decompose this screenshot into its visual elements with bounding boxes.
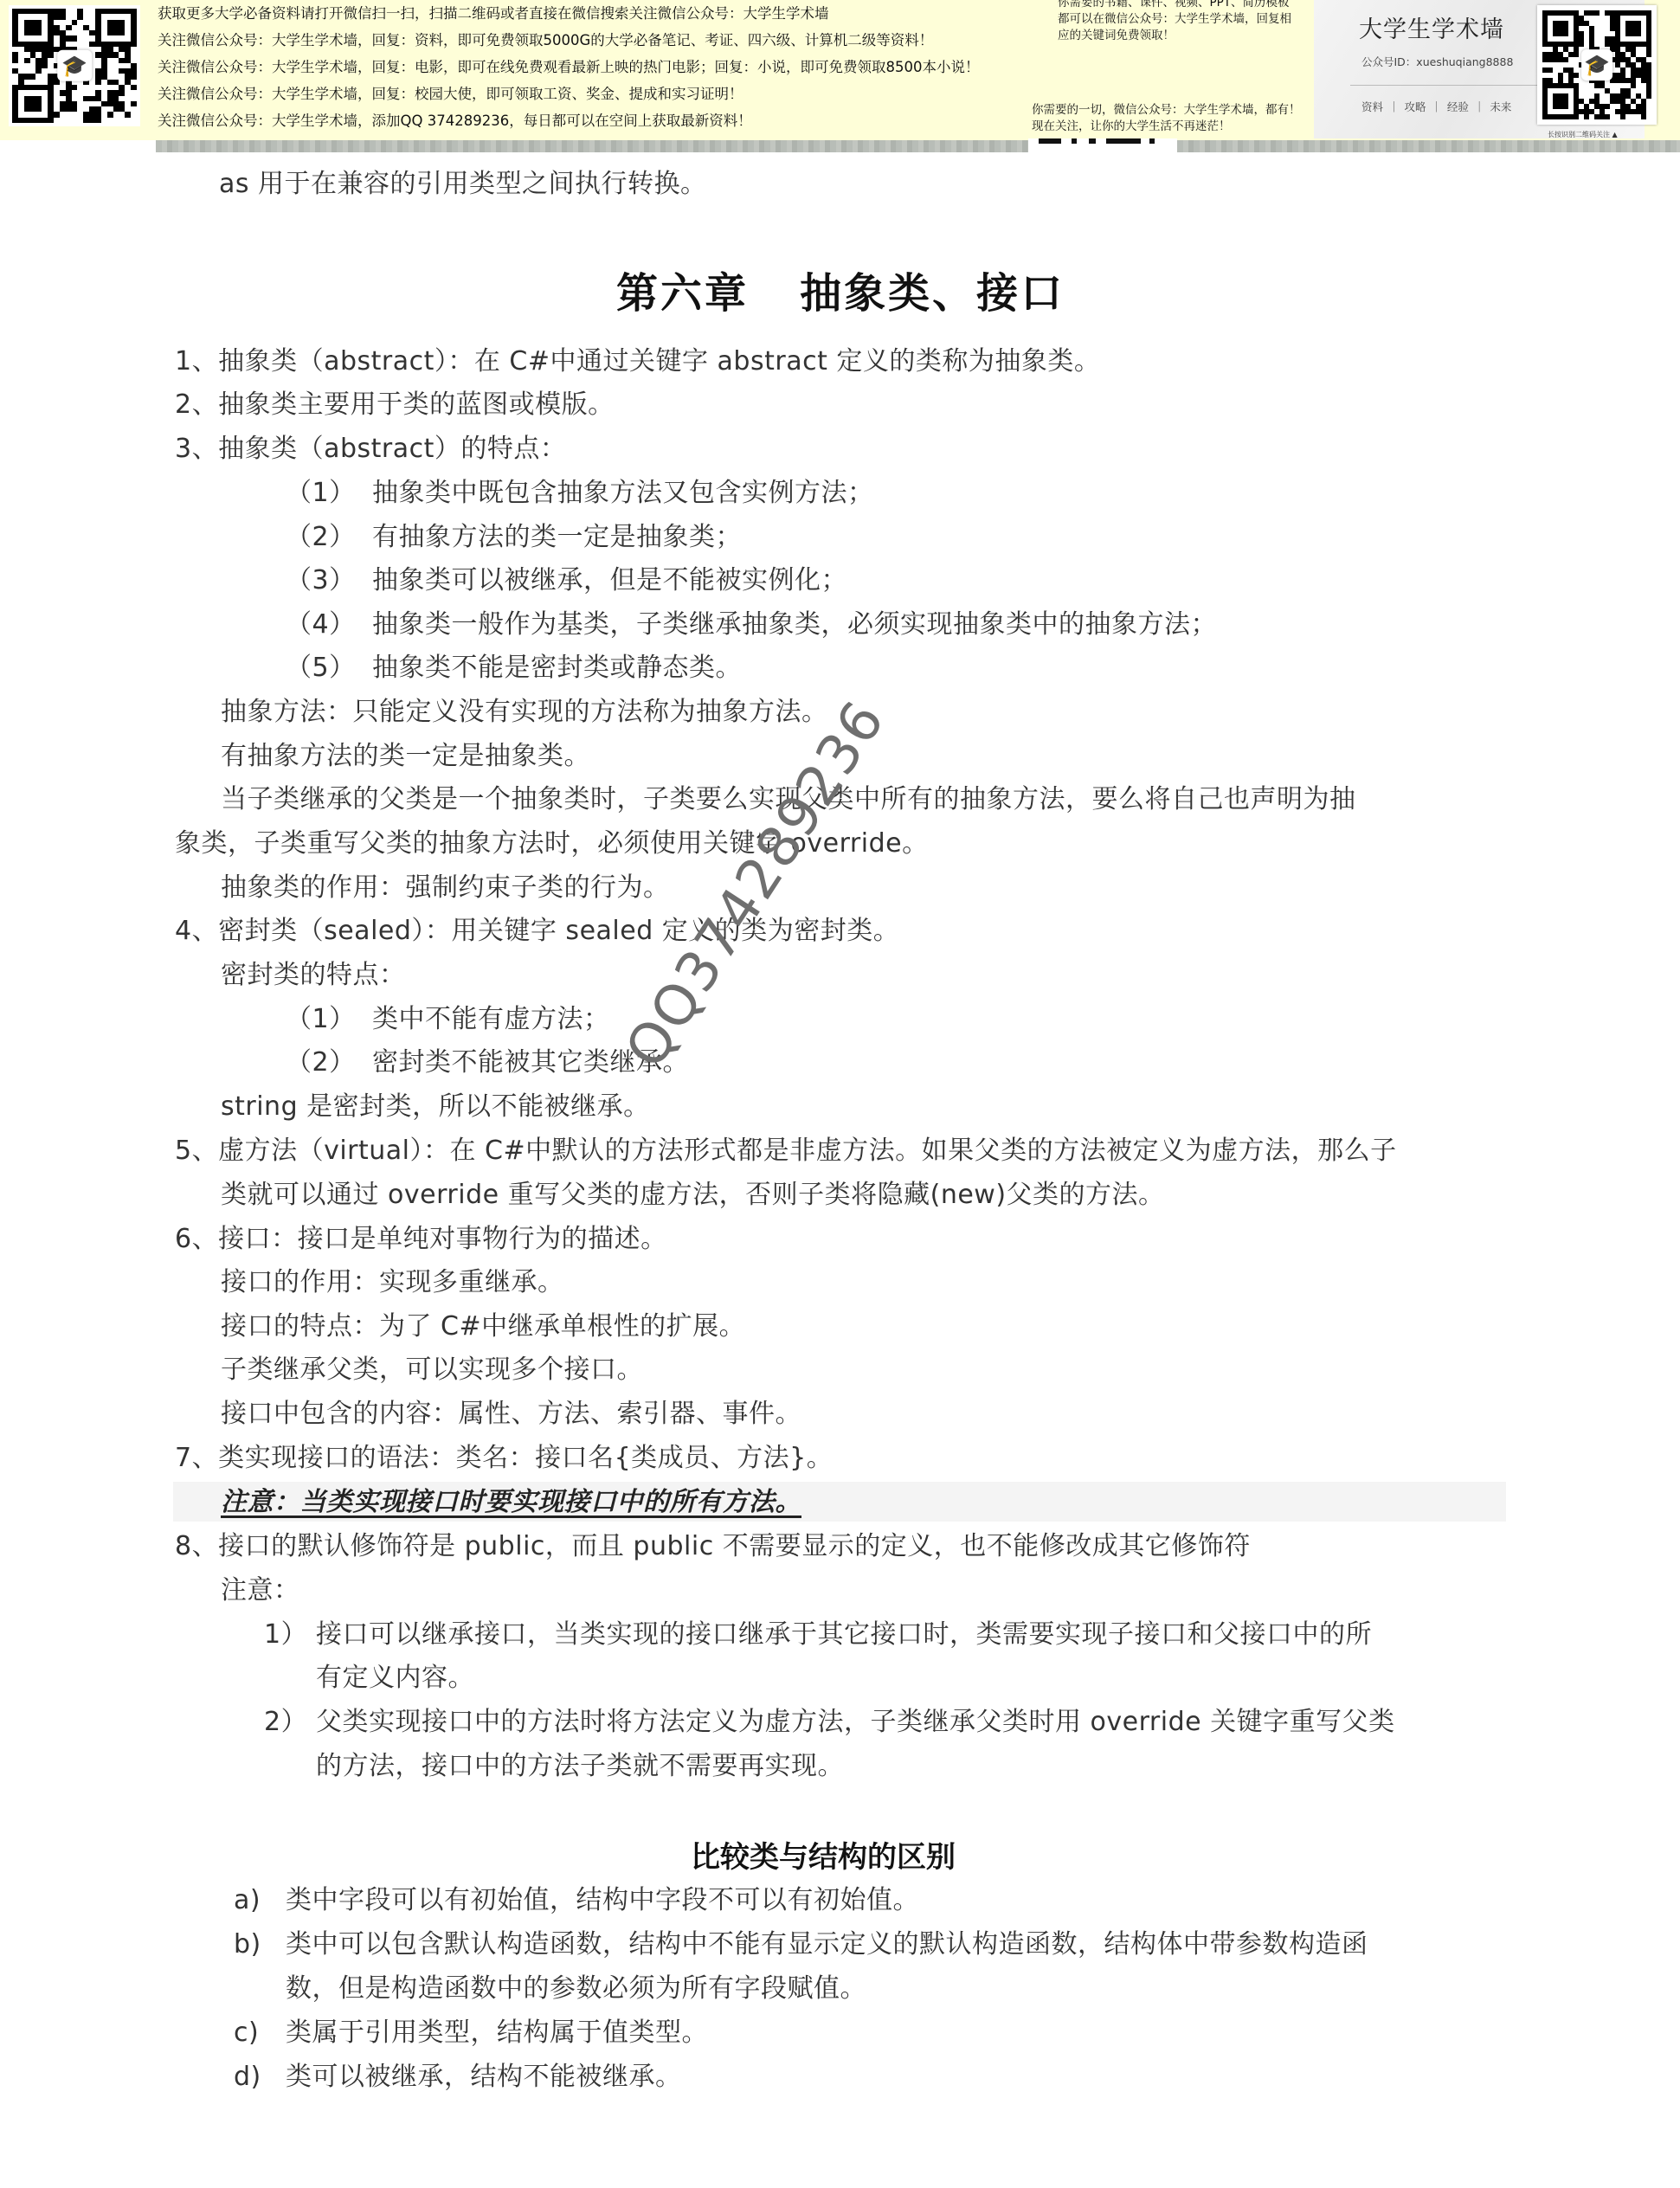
item-text: 接口：接口是单纯对事物行为的描述。 [218, 1224, 667, 1254]
item-number: 3、 [175, 427, 218, 465]
brand-id: 公众号ID：xueshuqiang8888 [1361, 54, 1513, 69]
ad-line: 获取更多大学必备资料请打开微信扫一扫，扫描二维码或者直接在微信搜索关注微信公众号… [158, 0, 1058, 27]
ad-promo-top: 你需要的书籍、课件、视频、PPT、简历模板 都可以在微信公众号：大学生学术墙，回… [1058, 0, 1317, 44]
paragraph: 抽象方法：只能定义没有实现的方法称为抽象方法。 [221, 690, 828, 728]
ad-line: 关注微信公众号：大学生学术墙，添加QQ 374289236，每日都可以在空间上获… [158, 107, 1058, 134]
decor-strip [156, 140, 1028, 152]
note-item: 2）父类实现接口中的方法时将方法定义为虚方法，子类继承父类时用 override… [264, 1700, 1395, 1738]
intro-line: as 用于在兼容的引用类型之间执行转换。 [219, 162, 707, 200]
promo-line: 都可以在微信公众号：大学生学术墙，回复相 [1058, 11, 1317, 28]
promo-line: 你需要的一切，微信公众号：大学生学术墙，都有！ [1032, 102, 1326, 119]
item-number: 4、 [175, 909, 218, 947]
compare-item: c)类属于引用类型，结构属于值类型。 [234, 2011, 708, 2049]
paragraph: 类就可以通过 override 重写父类的虚方法，否则子类将隐藏(new)父类的… [221, 1173, 1165, 1211]
ad-banner: 🎓 获取更多大学必备资料请打开微信扫一扫，扫描二维码或者直接在微信搜索关注微信公… [0, 0, 1680, 140]
promo-line: 现在关注，让你的大学生活不再迷茫！ [1032, 119, 1326, 135]
ad-text-lines: 获取更多大学必备资料请打开微信扫一扫，扫描二维码或者直接在微信搜索关注微信公众号… [158, 0, 1058, 134]
feature-item: （4）抽象类一般作为基类，子类继承抽象类，必须实现抽象类中的抽象方法； [286, 602, 1217, 640]
paragraph: string 是密封类，所以不能被继承。 [221, 1084, 650, 1123]
item-text: 类中可以包含默认构造函数，结构中不能有显示定义的默认构造函数，结构体中带参数构造… [286, 1929, 1368, 1960]
item-text: 抽象类（abstract）的特点： [218, 434, 566, 464]
item-text: 抽象类不能是密封类或静态类。 [372, 653, 742, 683]
paragraph: 接口的特点：为了 C#中继承单根性的扩展。 [221, 1304, 745, 1342]
item-text: 虚方法（virtual）：在 C#中默认的方法形式都是非虚方法。如果父类的方法被… [218, 1136, 1397, 1166]
compare-item: b)类中可以包含默认构造函数，结构中不能有显示定义的默认构造函数，结构体中带参数… [234, 1922, 1368, 1960]
list-item-7: 7、类实现接口的语法：类名：接口名{类成员、方法}。 [175, 1436, 833, 1474]
brand-card: 大学生学术墙 公众号ID：xueshuqiang8888 资料 ｜ 攻略 ｜ 经… [1314, 0, 1645, 138]
paragraph: 数，但是构造函数中的参数必须为所有字段赋值。 [286, 1966, 866, 2005]
item-number: d) [234, 2062, 286, 2092]
promo-line: 你需要的书籍、课件、视频、PPT、简历模板 [1058, 0, 1317, 11]
item-text: 抽象类（abstract）：在 C#中通过关键字 abstract 定义的类称为… [218, 346, 1100, 376]
item-number: b) [234, 1929, 286, 1960]
item-text: 类中不能有虚方法； [372, 1004, 610, 1034]
paragraph: 有定义内容。 [316, 1656, 474, 1694]
item-text: 抽象类中既包含抽象方法又包含实例方法； [372, 478, 874, 508]
item-number: 8、 [175, 1524, 218, 1562]
decor-strip-gap [1028, 138, 1177, 152]
item-number: （4） [286, 602, 372, 640]
list-item-1: 1、抽象类（abstract）：在 C#中通过关键字 abstract 定义的类… [175, 339, 1100, 377]
paragraph: 抽象类的作用：强制约束子类的行为。 [221, 866, 670, 904]
list-item-2: 2、抽象类主要用于类的蓝图或模版。 [175, 383, 615, 421]
paragraph: 子类继承父类，可以实现多个接口。 [221, 1348, 643, 1386]
divider [1350, 85, 1541, 86]
item-text: 密封类（sealed）：用关键字 sealed 定义的类为密封类。 [218, 916, 899, 946]
chapter-title: 第六章 抽象类、接口 [616, 260, 1065, 319]
ad-line: 关注微信公众号：大学生学术墙，回复：校园大使，即可领取工资、奖金、提成和实习证明… [158, 80, 1058, 107]
item-number: 5、 [175, 1129, 218, 1167]
ad-line: 关注微信公众号：大学生学术墙，回复：资料，即可免费领取5000G的大学必备笔记、… [158, 27, 1058, 54]
item-number: （2） [286, 515, 372, 553]
item-number: 1、 [175, 339, 218, 377]
section-title: 比较类与结构的区别 [691, 1833, 956, 1876]
list-item-4: 4、密封类（sealed）：用关键字 sealed 定义的类为密封类。 [175, 909, 899, 947]
ad-line: 关注微信公众号：大学生学术墙，回复：电影，即可在线免费观看最新上映的热门电影；回… [158, 54, 1058, 80]
feature-item: （5）抽象类不能是密封类或静态类。 [286, 646, 742, 684]
compare-item: d)类可以被继承，结构不能被继承。 [234, 2055, 682, 2093]
qr-code-left[interactable]: 🎓 [9, 5, 140, 126]
paragraph: 的方法，接口中的方法子类就不需要再实现。 [316, 1744, 844, 1782]
item-text: 类中字段可以有初始值，结构中字段不可以有初始值。 [286, 1885, 919, 1915]
brand-tags: 资料 ｜ 攻略 ｜ 经验 ｜ 未来 [1361, 99, 1511, 114]
decor-strip [1177, 140, 1680, 152]
graduation-cap-icon: 🎓 [1581, 49, 1612, 80]
feature-item: （1）类中不能有虚方法； [286, 997, 610, 1035]
item-text: 接口的默认修饰符是 public，而且 public 不需要显示的定义，也不能修… [218, 1531, 1251, 1561]
item-number: （2） [286, 1040, 372, 1078]
list-item-5: 5、虚方法（virtual）：在 C#中默认的方法形式都是非虚方法。如果父类的方… [175, 1129, 1397, 1167]
item-number: （3） [286, 558, 372, 596]
compare-item: a)类中字段可以有初始值，结构中字段不可以有初始值。 [234, 1878, 919, 1916]
feature-item: （1）抽象类中既包含抽象方法又包含实例方法； [286, 471, 874, 509]
item-text: 有抽象方法的类一定是抽象类； [372, 522, 742, 552]
promo-line: 应的关键词免费领取！ [1058, 28, 1317, 44]
paragraph: 接口中包含的内容：属性、方法、索引器、事件。 [221, 1392, 801, 1430]
list-item-6: 6、接口：接口是单纯对事物行为的描述。 [175, 1217, 667, 1255]
graduation-cap-icon: 🎓 [57, 50, 92, 81]
item-text: 抽象类主要用于类的蓝图或模版。 [218, 389, 615, 420]
paragraph: 有抽象方法的类一定是抽象类。 [221, 734, 590, 772]
item-text: 接口可以继承接口，当类实现的接口继承于其它接口时，类需要实现子接口和父接口中的所 [316, 1619, 1372, 1650]
qr-caption: 长按识别二维码关注 ▲ [1548, 130, 1618, 139]
item-number: 2、 [175, 383, 218, 421]
item-text: 抽象类可以被继承，但是不能被实例化； [372, 565, 847, 595]
item-number: a) [234, 1885, 286, 1915]
list-item-8: 8、接口的默认修饰符是 public，而且 public 不需要显示的定义，也不… [175, 1524, 1251, 1562]
item-number: （1） [286, 997, 372, 1035]
ad-promo-bottom: 你需要的一切，微信公众号：大学生学术墙，都有！ 现在关注，让你的大学生活不再迷茫… [1032, 102, 1326, 135]
brand-name: 大学生学术墙 [1359, 10, 1504, 44]
qr-code-right[interactable]: 🎓 [1537, 5, 1657, 125]
item-text: 类属于引用类型，结构属于值类型。 [286, 2017, 708, 2048]
item-number: （1） [286, 471, 372, 509]
important-note: 注意：当类实现接口时要实现接口中的所有方法。 [221, 1480, 801, 1518]
item-number: 2） [264, 1700, 316, 1738]
item-number: （5） [286, 646, 372, 684]
item-text: 抽象类一般作为基类，子类继承抽象类，必须实现抽象类中的抽象方法； [372, 609, 1217, 640]
feature-item: （2）有抽象方法的类一定是抽象类； [286, 515, 742, 553]
item-text: 父类实现接口中的方法时将方法定义为虚方法，子类继承父类时用 override 关… [316, 1707, 1395, 1737]
item-number: 7、 [175, 1436, 218, 1474]
paragraph: 注意： [221, 1568, 300, 1606]
item-number: c) [234, 2017, 286, 2048]
item-number: 1） [264, 1612, 316, 1651]
item-text: 类实现接口的语法：类名：接口名{类成员、方法}。 [218, 1443, 833, 1473]
feature-item: （3）抽象类可以被继承，但是不能被实例化； [286, 558, 847, 596]
item-number: 6、 [175, 1217, 218, 1255]
note-item: 1）接口可以继承接口，当类实现的接口继承于其它接口时，类需要实现子接口和父接口中… [264, 1612, 1372, 1651]
item-text: 类可以被继承，结构不能被继承。 [286, 2062, 682, 2092]
paragraph: 密封类的特点： [221, 953, 406, 991]
list-item-3: 3、抽象类（abstract）的特点： [175, 427, 566, 465]
paragraph: 接口的作用：实现多重继承。 [221, 1260, 564, 1298]
